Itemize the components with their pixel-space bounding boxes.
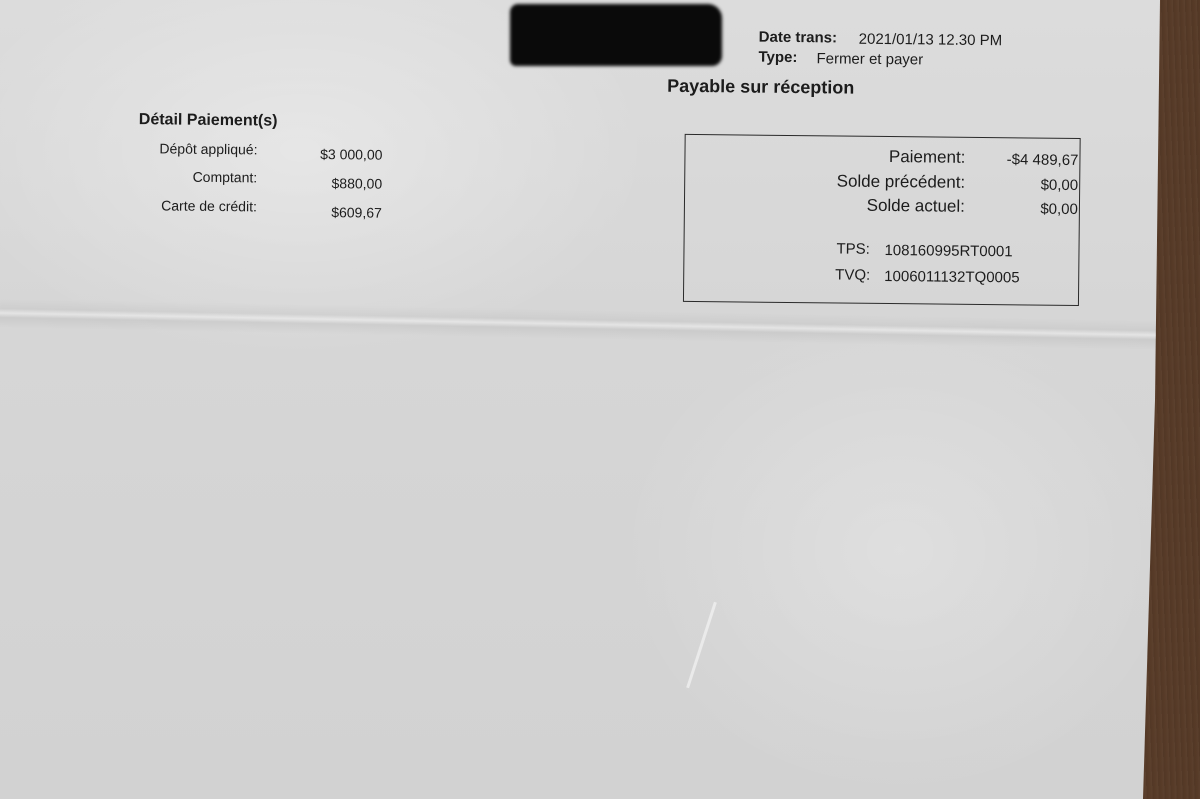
type-label: Type: [758,49,797,66]
balance-summary-box: Paiement: -$4 489,67 Solde précédent: $0… [683,134,1081,306]
summary-row: Paiement: -$4 489,67 [686,135,1080,139]
summary-row-amount: -$4 489,67 [968,151,1078,169]
transaction-header: Date trans: 2021/01/13 12.30 PM Type: Fe… [2,0,1162,6]
tax-id-row: TPS: 108160995RT0001 [686,135,1080,139]
summary-row-amount: $0,00 [968,176,1078,194]
tax-id-value: 108160995RT0001 [884,242,1012,260]
payment-row-amount: $3 000,00 [262,145,382,162]
summary-row: Solde précédent: $0,00 [686,135,1080,139]
payment-row-amount: $880,00 [262,174,382,191]
tax-id-value: 1006011132TQ0005 [884,268,1020,286]
payment-row-label: Dépôt appliqué: [127,140,257,157]
summary-row: Solde actuel: $0,00 [686,135,1080,139]
payment-row: Dépôt appliqué: $3 000,00 [2,0,1162,6]
payment-row-label: Carte de crédit: [127,197,257,214]
tax-id-row: TVQ: 1006011132TQ0005 [686,135,1080,139]
date-label: Date trans: [759,29,838,47]
summary-row-label: Solde actuel: [765,195,965,217]
tax-id-label: TPS: [836,240,870,257]
summary-row-label: Paiement: [765,146,965,168]
payment-row-label: Comptant: [127,168,257,185]
date-value: 2021/01/13 12.30 PM [859,31,1003,50]
payment-details: Détail Paiement(s) Dépôt appliqué: $3 00… [2,0,1162,6]
receipt-document: Date trans: 2021/01/13 12.30 PM Type: Fe… [0,0,1162,799]
tax-id-label: TVQ: [835,266,870,283]
summary-row-label: Solde précédent: [765,171,965,193]
payment-row: Comptant: $880,00 [2,0,1162,6]
photo-background: Date trans: 2021/01/13 12.30 PM Type: Fe… [0,0,1200,799]
payable-notice: Payable sur réception [667,76,854,99]
summary-row-amount: $0,00 [968,200,1078,218]
payment-row-amount: $609,67 [262,203,382,220]
receipt-paper: Date trans: 2021/01/13 12.30 PM Type: Fe… [0,0,1160,799]
payment-details-title: Détail Paiement(s) [139,111,278,130]
type-value: Fermer et payer [816,50,923,68]
payment-row: Carte de crédit: $609,67 [2,0,1162,6]
